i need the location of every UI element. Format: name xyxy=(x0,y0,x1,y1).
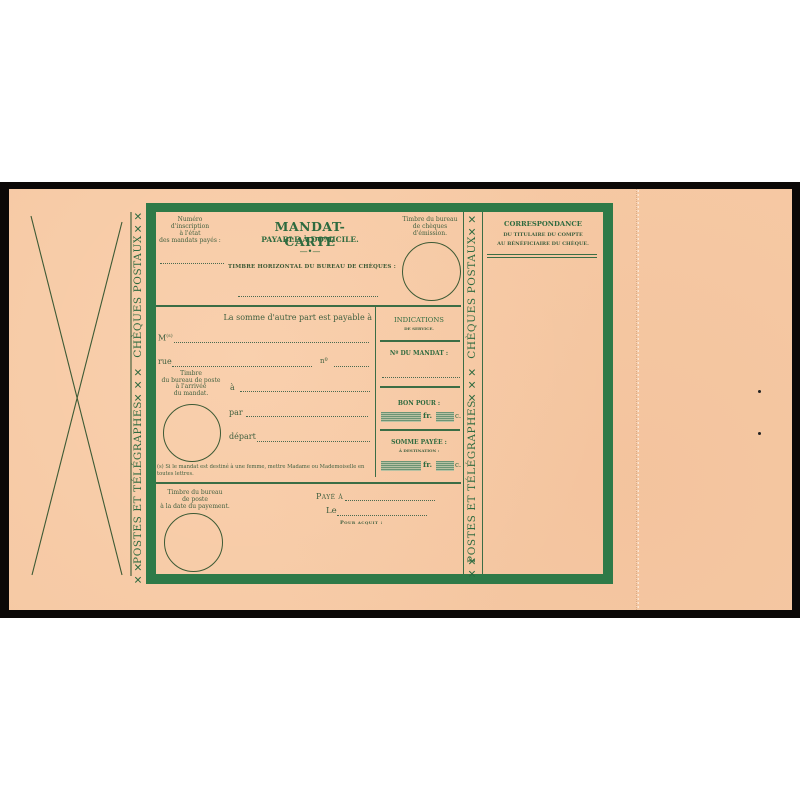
name-field[interactable] xyxy=(174,342,369,343)
divider-band-right-2 xyxy=(482,212,483,574)
right-band-stars-top: ✕✕ xyxy=(466,212,478,237)
date-field[interactable] xyxy=(337,515,427,516)
mandate-number-field[interactable] xyxy=(382,377,460,378)
issuing-stamp-label: Timbre du bureau de chèques d'émission. xyxy=(398,216,462,237)
good-for-cents-field[interactable] xyxy=(436,412,454,422)
issuing-stamp-circle xyxy=(402,242,461,301)
paid-at-label: Payé à xyxy=(316,492,343,501)
left-band: ✕✕ POSTES ET TÉLÉGRAPHES ✕✕✕ CHÈQUES POS… xyxy=(132,205,146,577)
right-band: ✕✕ POSTES ET TÉLÉGRAPHES ✕✕✕ CHÈQUES POS… xyxy=(466,212,480,574)
good-for-francs-field[interactable] xyxy=(381,412,421,422)
good-for-cents-unit: c. xyxy=(455,412,461,420)
divider-top-section xyxy=(156,305,461,307)
service-divider-3 xyxy=(380,429,460,431)
footnote: (s) Si le mandat est destiné à une femme… xyxy=(157,464,373,478)
frame-bottom xyxy=(146,574,613,584)
department-label: départ xyxy=(229,432,256,441)
via-field[interactable] xyxy=(246,416,368,417)
service-divider-2 xyxy=(380,386,460,388)
frame-top xyxy=(146,203,613,212)
inscription-label: Numéro d'inscription à l'état des mandat… xyxy=(158,216,222,244)
pin-hole-bottom xyxy=(758,432,761,435)
band-text-postes: POSTES ET TÉLÉGRAPHES xyxy=(132,401,144,564)
band-stars-top: ✕✕ xyxy=(132,209,144,234)
correspondence-line-1: DU TITULAIRE DU COMPTE xyxy=(484,232,602,238)
good-for-francs-unit: fr. xyxy=(423,411,432,420)
divider-service-column xyxy=(375,307,376,477)
service-subtitle: DE SERVICE. xyxy=(378,326,460,331)
horizontal-stamp-label: TIMBRE HORIZONTAL DU BUREAU DE CHÈQUES : xyxy=(222,264,402,270)
payment-stamp-circle xyxy=(164,513,223,572)
inscription-number-field[interactable] xyxy=(160,263,224,264)
band-stars-middle: ✕✕✕ xyxy=(132,365,144,403)
title-ornament: —•— xyxy=(290,247,330,256)
city-field[interactable] xyxy=(240,391,370,392)
paid-cents-field[interactable] xyxy=(436,461,454,471)
receipt-label: Pour acquit : xyxy=(340,520,383,526)
divider-band-right-1 xyxy=(463,212,464,574)
paid-francs-field[interactable] xyxy=(381,461,421,471)
service-divider-1 xyxy=(380,340,460,342)
payment-stamp-label: Timbre du bureau de poste à la date du p… xyxy=(156,489,234,510)
frame-right xyxy=(603,203,613,584)
perforation-line xyxy=(636,189,639,610)
arrival-stamp-circle xyxy=(163,404,221,462)
pin-hole-top xyxy=(758,390,761,393)
service-title: INDICATIONS xyxy=(378,316,460,324)
arrival-stamp-label: Timbre du bureau de poste à l'arrivée du… xyxy=(156,371,226,397)
form-title: MANDAT-CARTE xyxy=(252,219,368,249)
correspondence-line-2: AU BÉNÉFICIAIRE DU CHÈQUE. xyxy=(484,241,602,247)
form-subtitle: PAYABLE À DOMICILE. xyxy=(252,235,368,244)
horizontal-stamp-field[interactable] xyxy=(238,296,378,297)
name-label: M(s) xyxy=(158,333,173,343)
good-for-label: BON POUR : xyxy=(378,400,460,407)
paid-at-field[interactable] xyxy=(345,500,435,501)
correspondence-divider-2 xyxy=(487,257,597,258)
band-text-cheques: CHÈQUES POSTAUX xyxy=(132,235,144,358)
correspondence-divider xyxy=(487,254,597,255)
number-label: nº xyxy=(320,357,328,365)
right-band-text-cheques: CHÈQUES POSTAUX xyxy=(466,236,478,359)
detachable-stub xyxy=(640,189,792,610)
frame-left xyxy=(146,203,156,584)
street-field[interactable] xyxy=(172,366,312,367)
right-band-stars-middle: ✕✕✕ xyxy=(466,365,478,403)
correspondence-title: CORRESPONDANCE xyxy=(484,220,602,228)
divider-payment-section xyxy=(156,482,461,484)
city-label: à xyxy=(230,383,235,392)
via-label: par xyxy=(229,408,243,417)
number-field[interactable] xyxy=(334,366,369,367)
department-field[interactable] xyxy=(257,441,370,442)
street-label: rue xyxy=(158,357,172,366)
paid-cents-unit: c. xyxy=(455,461,461,469)
paid-sublabel: À DESTINATION : xyxy=(378,448,460,453)
payee-intro: La somme d'autre part est payable à xyxy=(200,313,372,322)
correspondence-area[interactable] xyxy=(487,262,599,570)
right-band-text-postes: POSTES ET TÉLÉGRAPHES xyxy=(466,400,478,563)
paid-label: SOMME PAYÉE : xyxy=(378,439,460,446)
paid-francs-unit: fr. xyxy=(423,460,432,469)
date-label: Le xyxy=(326,506,337,516)
mandate-number-label: Nº DU MANDAT : xyxy=(378,350,460,357)
